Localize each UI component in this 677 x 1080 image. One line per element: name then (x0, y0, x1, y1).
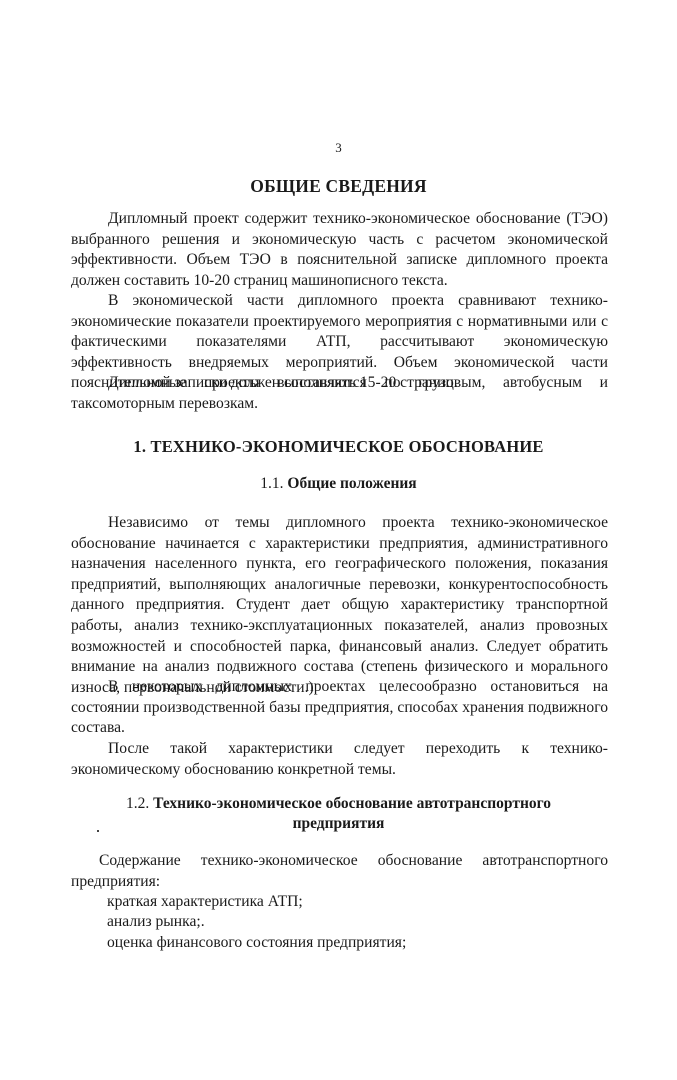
subsection-1-1-paragraph-3: После такой характеристики следует перех… (71, 739, 608, 780)
subsection-1-1-number: 1.1. (260, 475, 283, 492)
list-item: краткая характеристика АТП; (107, 892, 303, 913)
list-item: оценка финансового состояния предприятия… (107, 933, 406, 954)
subsection-1-2-heading-line1: Технико-экономическое обоснование автотр… (153, 795, 551, 812)
document-page: 3 ОБЩИЕ СВЕДЕНИЯ Дипломный проект содерж… (0, 0, 677, 1080)
list-item: анализ рынка;. (107, 912, 205, 933)
subsection-1-2-title: 1.2. Технико-экономическое обоснование а… (0, 795, 677, 813)
section-1-title: 1. ТЕХНИКО-ЭКОНОМИЧЕСКОЕ ОБОСНОВАНИЕ (0, 437, 677, 457)
subsection-1-1-heading: Общие положения (287, 475, 416, 492)
subsection-1-2-number: 1.2. (126, 795, 149, 812)
page-number: 3 (0, 140, 677, 156)
intro-paragraph-1: Дипломный проект содержит технико-эконом… (71, 209, 608, 291)
intro-paragraph-3: Дипломные проекты выполняются по грузовы… (71, 373, 608, 414)
subsection-1-2-intro: Содержание технико-экономическое обоснов… (71, 851, 608, 892)
subsection-1-2-title-line2: предприятия (0, 815, 677, 833)
subsection-1-1-paragraph-1: Независимо от темы дипломного проекта те… (71, 513, 608, 698)
heading-general-info: ОБЩИЕ СВЕДЕНИЯ (0, 176, 677, 197)
stray-mark (97, 830, 99, 832)
subsection-1-1-title: 1.1. Общие положения (0, 475, 677, 493)
subsection-1-1-paragraph-2: В некоторых дипломных проектах целесообр… (71, 677, 608, 739)
